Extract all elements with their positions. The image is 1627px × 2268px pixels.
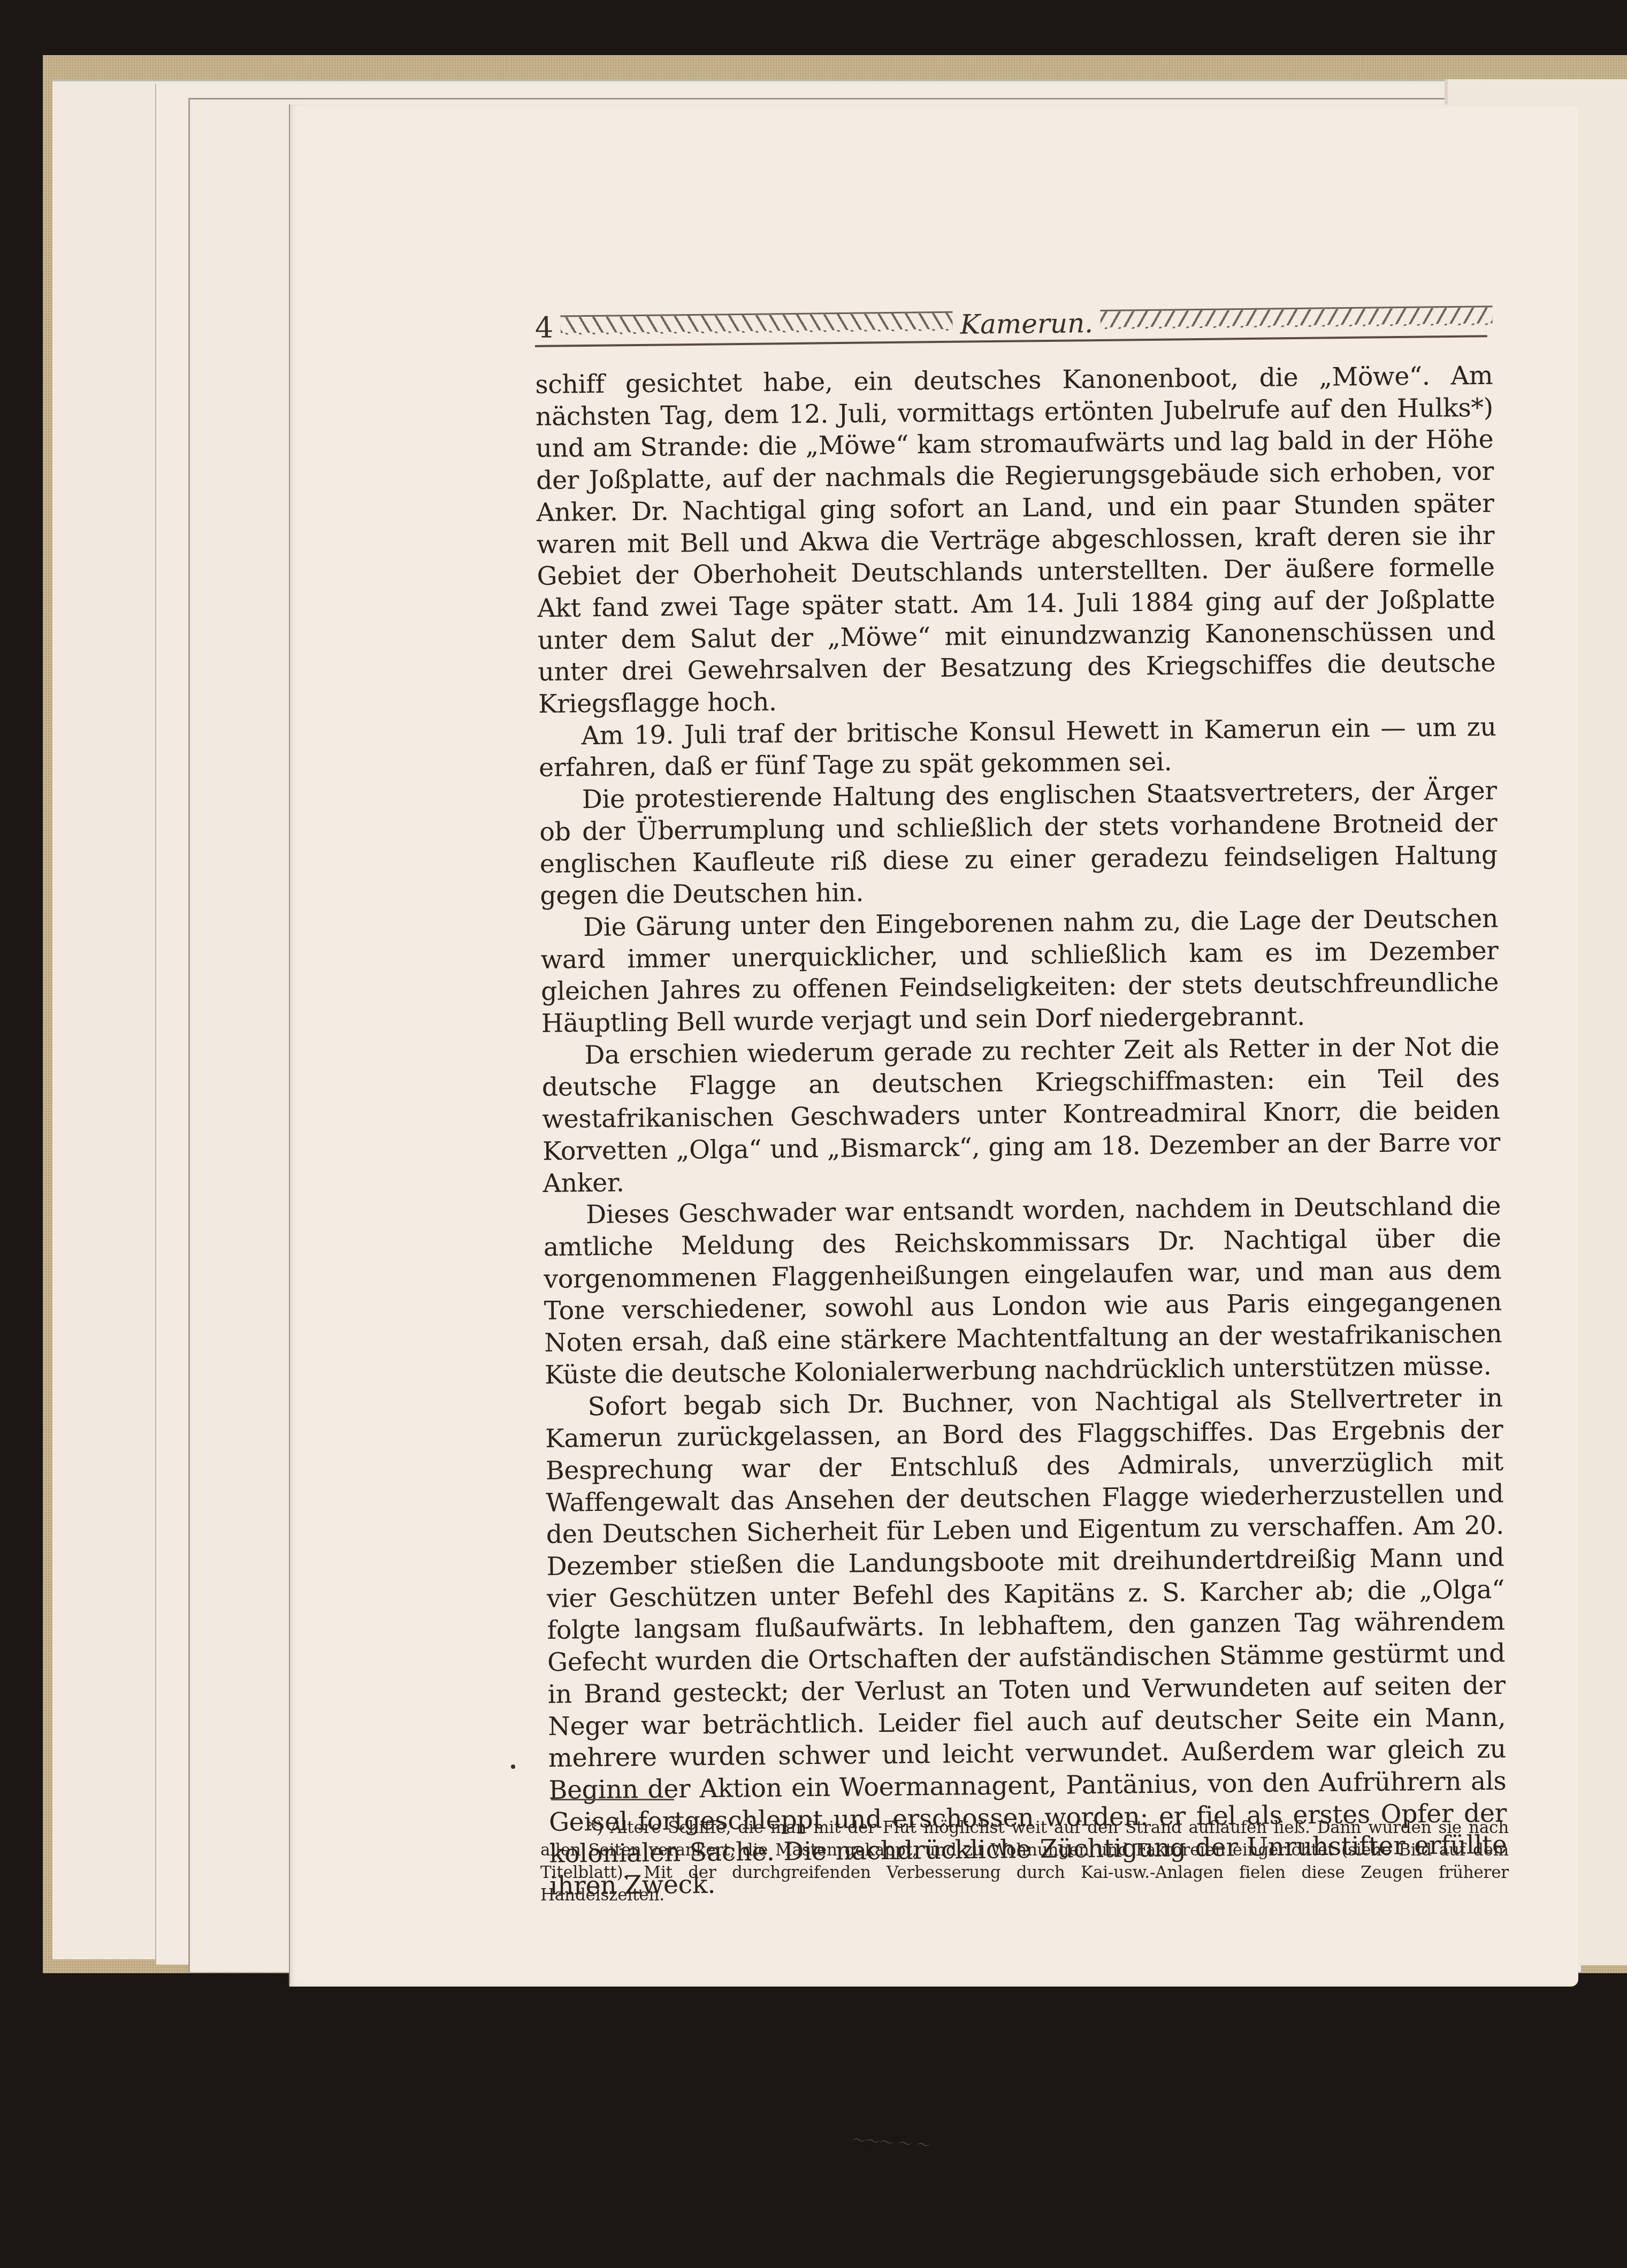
paragraph: Da erschien wiederum gerade zu rechter Z… xyxy=(541,1031,1501,1200)
footnote-text: *) Ältere Schiffe, die man mit der Flut … xyxy=(540,1816,1509,1906)
leaf-ornament-icon xyxy=(561,311,953,335)
paragraph: Die Gärung unter den Eingeborenen nahm z… xyxy=(540,903,1499,1040)
body-text: schiff gesichtet habe, ein deutsches Kan… xyxy=(535,360,1507,1903)
running-title: Kamerun. xyxy=(960,310,1093,338)
paragraph: schiff gesichtet habe, ein deutsches Kan… xyxy=(535,360,1496,721)
paragraph: Am 19. Juli traf der britische Konsul He… xyxy=(538,712,1496,785)
pencil-annotation: ～～～ ～ ～ xyxy=(850,2129,1011,2157)
page-number: 4 xyxy=(534,314,553,342)
paragraph: Dieses Geschwader war entsandt worden, n… xyxy=(543,1190,1502,1391)
paragraph: Die protestierende Haltung des englische… xyxy=(539,775,1498,912)
margin-mark xyxy=(511,1765,515,1769)
footnote: *) Ältere Schiffe, die man mit der Flut … xyxy=(540,1816,1509,1906)
leaf-ornament-icon xyxy=(1101,306,1493,329)
footnote-rule xyxy=(551,1799,674,1800)
